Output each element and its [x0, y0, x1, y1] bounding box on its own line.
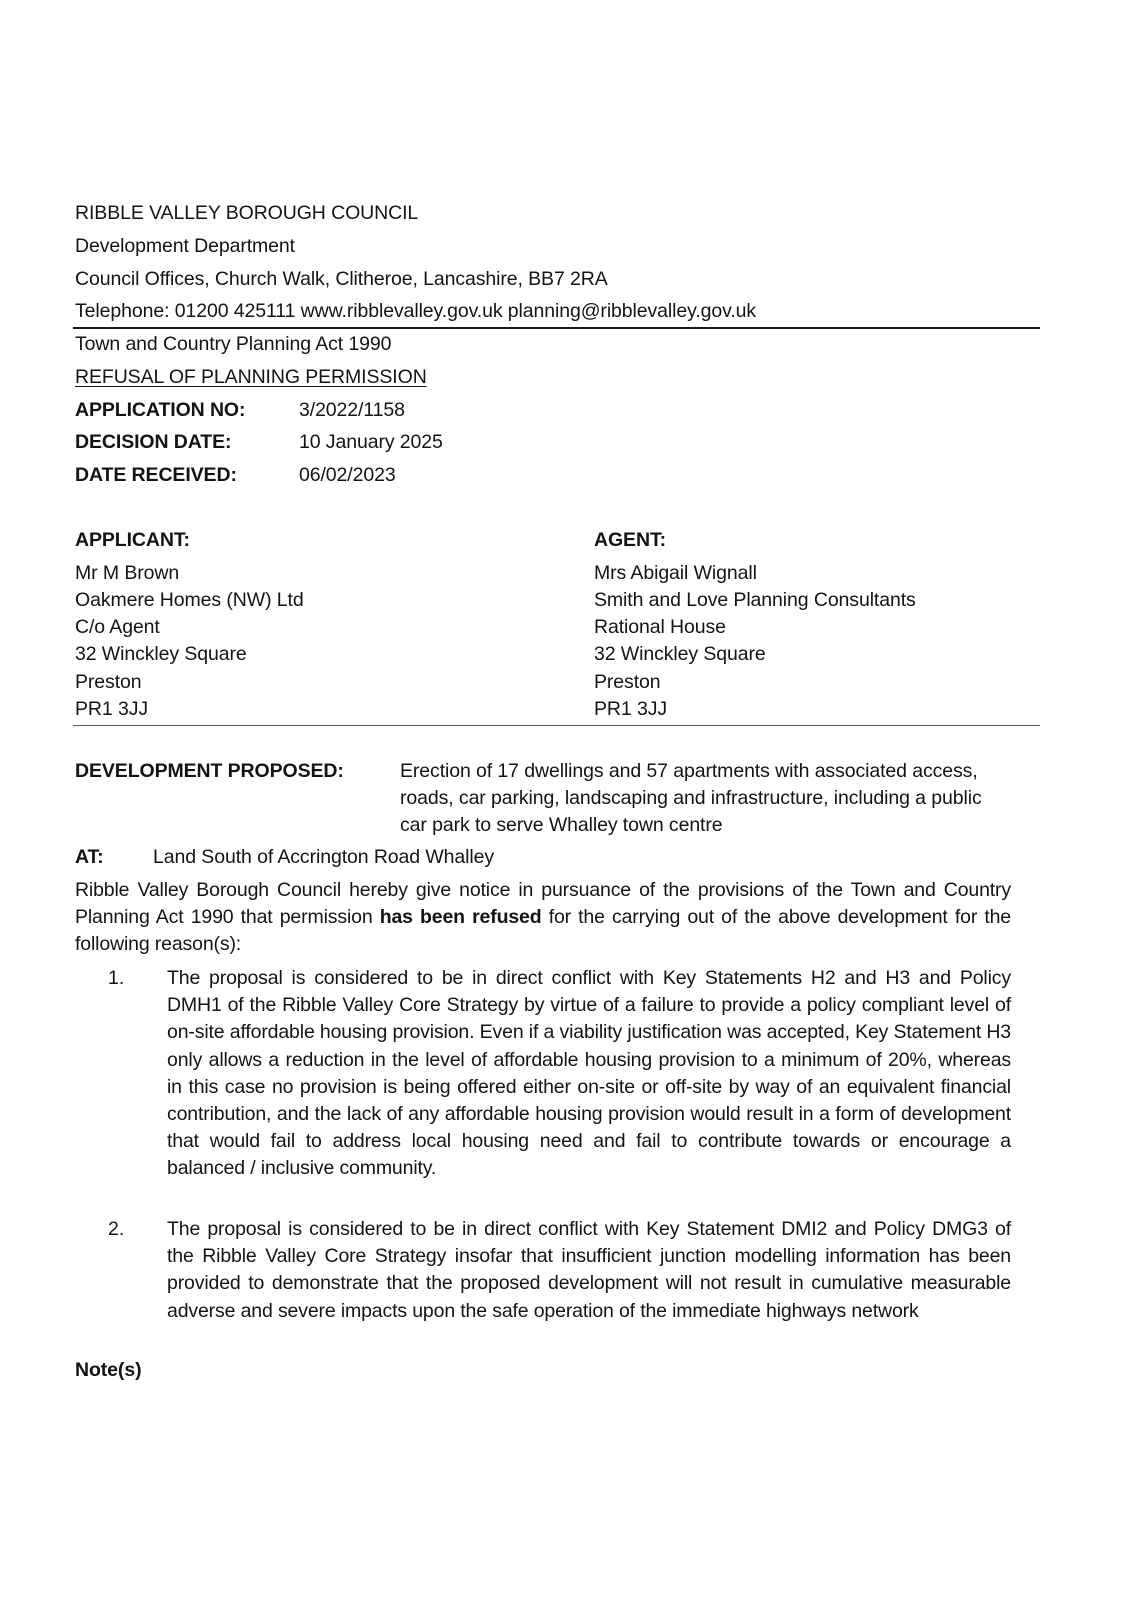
agent-line: Rational House	[594, 614, 726, 641]
development-line: Erection of 17 dwellings and 57 apartmen…	[400, 758, 978, 785]
header-divider	[73, 327, 1040, 329]
refusal-emphasis: has been refused	[380, 906, 542, 928]
applicant-line: 32 Winckley Square	[75, 641, 247, 668]
contact-line: Telephone: 01200 425111 www.ribblevalley…	[75, 298, 756, 325]
date-received-label: DATE RECEIVED:	[75, 462, 237, 489]
agent-line: Mrs Abigail Wignall	[594, 560, 757, 587]
agent-heading: AGENT:	[594, 527, 666, 554]
development-line: car park to serve Whalley town centre	[400, 812, 723, 839]
agent-line: 32 Winckley Square	[594, 641, 766, 668]
decision-date-value: 10 January 2025	[299, 429, 443, 456]
applicant-line: Oakmere Homes (NW) Ltd	[75, 587, 304, 614]
agent-line: Smith and Love Planning Consultants	[594, 587, 916, 614]
act-title: Town and Country Planning Act 1990	[75, 331, 391, 358]
date-received-value: 06/02/2023	[299, 462, 396, 489]
reason-text: The proposal is considered to be in dire…	[167, 1216, 1011, 1325]
refusal-notice-text: Ribble Valley Borough Council hereby giv…	[75, 877, 1011, 959]
applicant-line: Mr M Brown	[75, 560, 179, 587]
development-label: DEVELOPMENT PROPOSED:	[75, 758, 344, 785]
reason-text: The proposal is considered to be in dire…	[167, 965, 1011, 1183]
applicant-heading: APPLICANT:	[75, 527, 190, 554]
notes-heading: Note(s)	[75, 1357, 141, 1384]
applicant-line: C/o Agent	[75, 614, 160, 641]
refusal-notice-page: RIBBLE VALLEY BOROUGH COUNCIL Developmen…	[0, 0, 1131, 1600]
reason-number: 2.	[108, 1216, 124, 1243]
development-line: roads, car parking, landscaping and infr…	[400, 785, 982, 812]
council-address: Council Offices, Church Walk, Clitheroe,…	[75, 266, 608, 293]
site-label: AT:	[75, 844, 104, 871]
council-name: RIBBLE VALLEY BOROUGH COUNCIL	[75, 200, 418, 227]
agent-line: PR1 3JJ	[594, 696, 667, 723]
department-name: Development Department	[75, 233, 295, 260]
application-no-label: APPLICATION NO:	[75, 397, 245, 424]
reason-number: 1.	[108, 965, 124, 992]
decision-title: REFUSAL OF PLANNING PERMISSION	[75, 364, 427, 391]
agent-line: Preston	[594, 669, 661, 696]
site-address: Land South of Accrington Road Whalley	[153, 844, 494, 871]
applicant-line: PR1 3JJ	[75, 696, 148, 723]
application-no-value: 3/2022/1158	[299, 397, 405, 424]
applicant-line: Preston	[75, 669, 142, 696]
decision-date-label: DECISION DATE:	[75, 429, 231, 456]
parties-divider	[73, 725, 1040, 726]
